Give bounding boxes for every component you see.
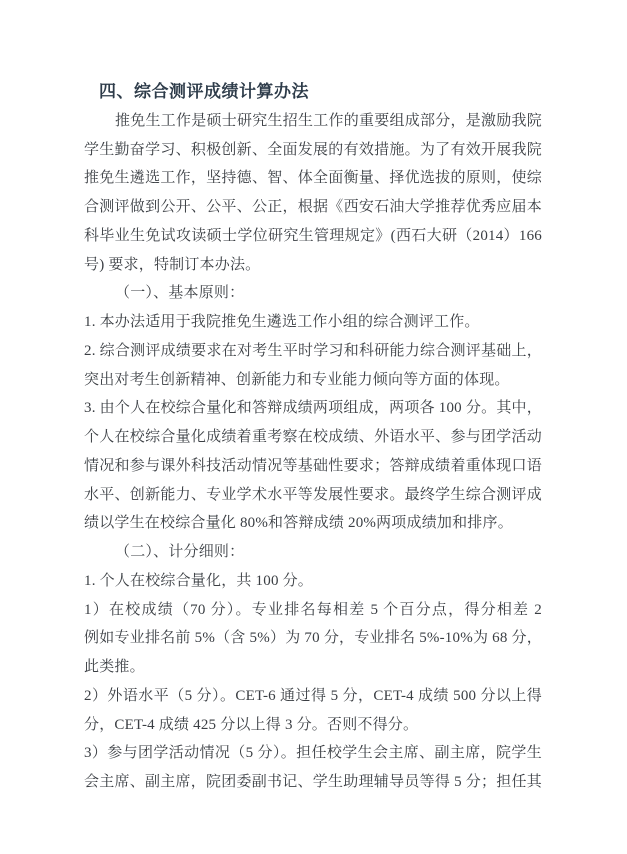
subsection-heading: （二）、计分细则：: [84, 538, 542, 567]
text-line: 2）外语水平（5 分）。CET-6 通过得 5 分，CET-4 成绩 500 分…: [84, 682, 542, 711]
text-line: 2. 综合测评成绩要求在对考生平时学习和科研能力综合测评基础上，: [84, 337, 542, 366]
text-line: 推免生遴选工作，坚持德、智、体全面衡量、择优选拔的原则，使综: [84, 164, 542, 193]
document-page: 四、综合测评成绩计算办法 推免生工作是硕士研究生招生工作的重要组成部分，是激励我…: [0, 0, 627, 854]
text-line: 1. 个人在校综合量化，共 100 分。: [84, 567, 542, 596]
text-line: 水平、创新能力、专业学术水平等发展性要求。最终学生综合测评成: [84, 481, 542, 510]
text-line: 3）参与团学活动情况（5 分）。担任校学生会主席、副主席，院学生: [84, 739, 542, 768]
text-line: 1. 本办法适用于我院推免生遴选工作小组的综合测评工作。: [84, 308, 542, 337]
document-body: 四、综合测评成绩计算办法 推免生工作是硕士研究生招生工作的重要组成部分，是激励我…: [84, 78, 542, 797]
text-line: 分，CET-4 成绩 425 分以上得 3 分。否则不得分。: [84, 711, 542, 740]
text-line: 情况和参与课外科技活动情况等基础性要求；答辩成绩着重体现口语: [84, 452, 542, 481]
text-line: 推免生工作是硕士研究生招生工作的重要组成部分，是激励我院: [84, 107, 542, 136]
text-line: 1）在校成绩（70 分）。专业排名每相差 5 个百分点，得分相差 2 分，: [84, 596, 542, 625]
text-line: 突出对考生创新精神、创新能力和专业能力倾向等方面的体现。: [84, 366, 542, 395]
subsection-heading: （一）、基本原则：: [84, 279, 542, 308]
text-line: 学生勤奋学习、积极创新、全面发展的有效措施。为了有效开展我院: [84, 136, 542, 165]
section-title: 四、综合测评成绩计算办法: [84, 78, 542, 107]
text-line: 会主席、副主席，院团委副书记、学生助理辅导员等得 5 分；担任其: [84, 768, 542, 797]
text-line: 3. 由个人在校综合量化和答辩成绩两项组成，两项各 100 分。其中，: [84, 394, 542, 423]
text-line: 合测评做到公开、公平、公正，根据《西安石油大学推荐优秀应届本: [84, 193, 542, 222]
text-line: 号) 要求，特制订本办法。: [84, 251, 542, 280]
text-line: 例如专业排名前 5%（含 5%）为 70 分，专业排名 5%-10%为 68 分…: [84, 624, 542, 653]
text-line: 科毕业生免试攻读硕士学位研究生管理规定》(西石大研（2014）166: [84, 222, 542, 251]
text-line: 个人在校综合量化成绩着重考察在校成绩、外语水平、参与团学活动: [84, 423, 542, 452]
text-line: 绩以学生在校综合量化 80%和答辩成绩 20%两项成绩加和排序。: [84, 509, 542, 538]
text-line: 此类推。: [84, 653, 542, 682]
